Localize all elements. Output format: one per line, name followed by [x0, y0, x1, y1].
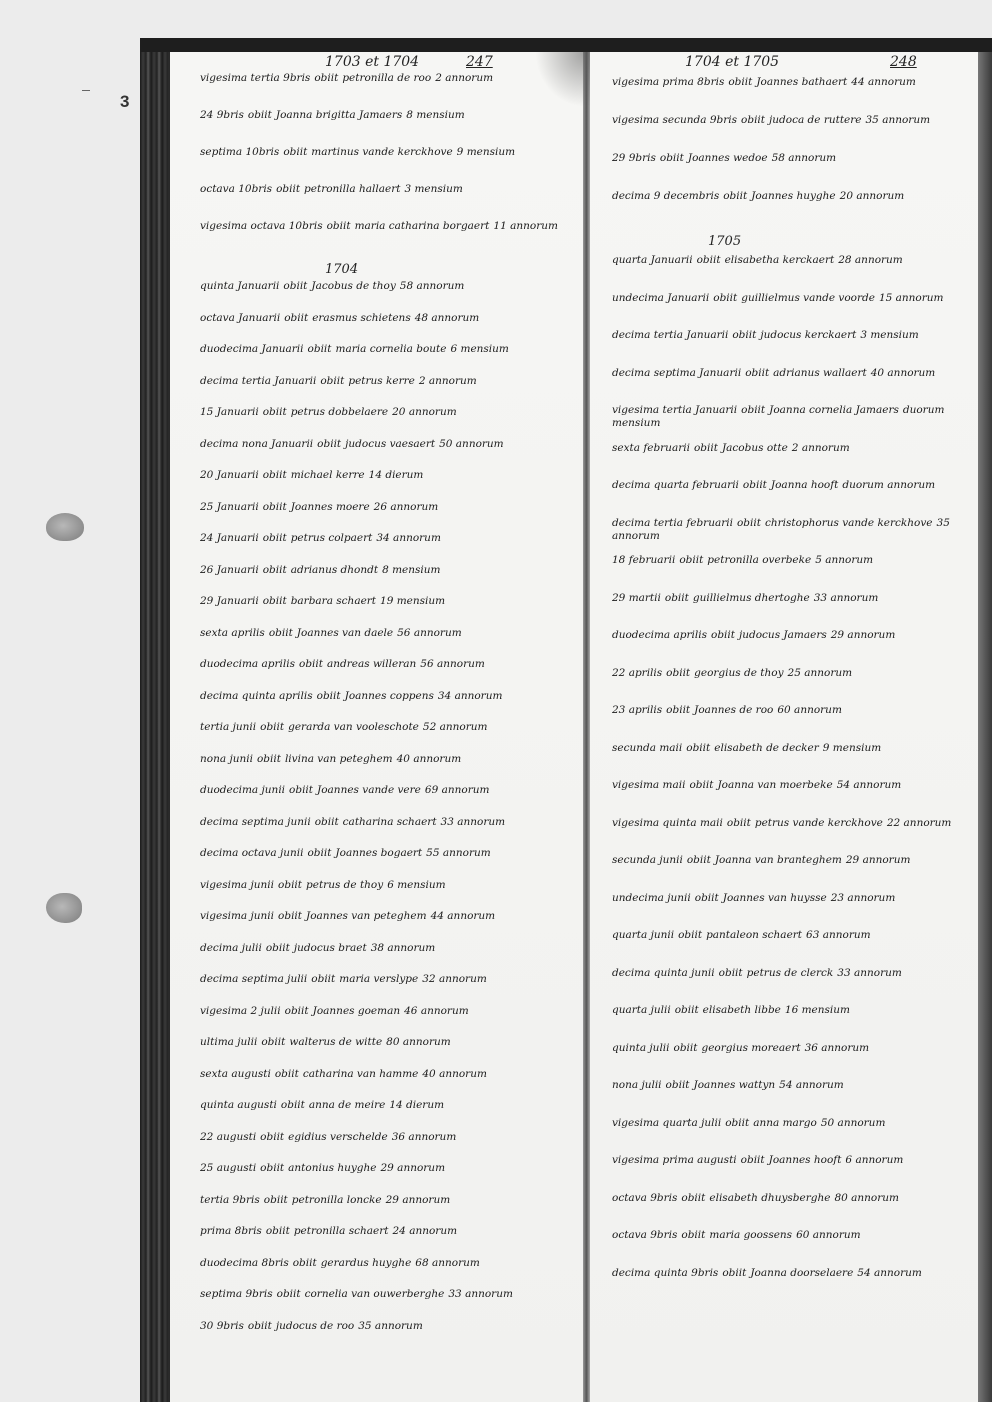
entry-age: 14 dierum: [389, 1099, 444, 1111]
register-entry: duodecima 8brisobiitgerardus huyghe68 an…: [200, 1257, 570, 1289]
entry-name: Joannes wedoe: [688, 152, 768, 164]
entry-date: sexta februarii: [612, 442, 690, 454]
entry-name: Joannes coppens: [345, 690, 434, 702]
entry-verb: obiit: [263, 564, 287, 576]
entry-name: christophorus vande kerckhove: [765, 517, 933, 529]
entry-verb: obiit: [711, 629, 735, 641]
entry-name: Joanna van moerbeke: [717, 779, 832, 791]
entry-verb: obiit: [284, 312, 308, 324]
entry-age: 50 annorum: [821, 1117, 886, 1129]
entry-list: vigesima tertia 9brisobiitpetronilla de …: [200, 72, 570, 257]
entry-name: Joannes van daele: [297, 627, 393, 639]
register-entry: 29 Januariiobiitbarbara schaert19 mensiu…: [200, 595, 570, 627]
entry-name: adrianus dhondt: [291, 564, 378, 576]
entry-name: Joannes van peteghem: [306, 910, 427, 922]
register-entry: 15 Januariiobiitpetrus dobbelaere20 anno…: [200, 406, 570, 438]
entry-name: Joannes moere: [291, 501, 370, 513]
entry-name: maria catharina borgaert: [355, 220, 490, 232]
register-entry: decima juliiobiitjudocus braet38 annorum: [200, 942, 570, 974]
entry-age: 33 annorum: [441, 816, 506, 828]
register-entry: octava 10brisobiitpetronilla hallaert3 m…: [200, 183, 570, 220]
entry-date: 22 augusti: [200, 1131, 256, 1143]
entry-verb: obiit: [681, 1229, 705, 1241]
entry-date: 18 februarii: [612, 554, 675, 566]
entry-name: maria verslype: [339, 973, 418, 985]
entry-verb: obiit: [257, 753, 281, 765]
entry-verb: obiit: [681, 1192, 705, 1204]
register-entry: duodecima Januariiobiitmaria cornelia bo…: [200, 343, 570, 375]
entry-name: petrus kerre: [348, 375, 415, 387]
register-entry: vigesima juniiobiitJoannes van peteghem4…: [200, 910, 570, 942]
entry-age: 9 mensium: [823, 742, 881, 754]
register-entry: 25 augustiobiitantonius huyghe29 annorum: [200, 1162, 570, 1194]
entry-age: 58 annorum: [400, 280, 465, 292]
right-page: 1704 et 1705 248 vigesima prima 8brisobi…: [590, 52, 982, 1402]
entry-date: 29 martii: [612, 592, 661, 604]
entry-list: quarta Januariiobiitelisabetha kerckaert…: [612, 254, 967, 1304]
entry-age: 54 annorum: [857, 1267, 922, 1279]
entry-age: 29 annorum: [846, 854, 911, 866]
entry-name: catharina van hamme: [303, 1068, 419, 1080]
entry-name: elisabeth dhuysberghe: [709, 1192, 830, 1204]
entry-age: 52 annorum: [423, 721, 488, 733]
entry-verb: obiit: [666, 1079, 690, 1091]
entry-age: 8 mensium: [382, 564, 440, 576]
entry-verb: obiit: [266, 942, 290, 954]
entry-age: 2 annorum: [419, 375, 477, 387]
entry-date: decima septima junii: [200, 816, 311, 828]
entry-date: duodecima aprilis: [612, 629, 707, 641]
entry-date: quarta julii: [612, 1004, 671, 1016]
entry-age: 54 annorum: [837, 779, 902, 791]
register-entry: nona juliiobiitJoannes wattyn54 annorum: [612, 1079, 967, 1117]
entry-verb: obiit: [260, 1162, 284, 1174]
register-entry: secunda juniiobiitJoanna van branteghem2…: [612, 854, 967, 892]
entry-date: octava 9bris: [612, 1229, 677, 1241]
entry-name: elisabeth libbe: [703, 1004, 781, 1016]
entry-date: 20 Januarii: [200, 469, 259, 481]
entry-age: 11 annorum: [493, 220, 558, 232]
page-header-years: 1703 et 1704: [325, 54, 419, 70]
entry-date: decima septima julii: [200, 973, 307, 985]
entry-age: 23 annorum: [831, 892, 896, 904]
register-entry: 25 JanuariiobiitJoannes moere26 annorum: [200, 501, 570, 533]
entry-verb: obiit: [666, 704, 690, 716]
entry-age: 40 annorum: [422, 1068, 487, 1080]
entry-verb: obiit: [320, 375, 344, 387]
entry-verb: obiit: [283, 146, 307, 158]
entry-verb: obiit: [741, 404, 765, 416]
entry-verb: obiit: [725, 1117, 749, 1129]
entry-date: duodecima aprilis: [200, 658, 295, 670]
book-top-edge: [140, 38, 992, 52]
entry-age: 38 annorum: [371, 942, 436, 954]
entry-date: tertia 9bris: [200, 1194, 260, 1206]
folio-number: 247: [466, 54, 493, 70]
entry-age: 34 annorum: [438, 690, 503, 702]
entry-name: Joannes van huysse: [723, 892, 827, 904]
entry-age: 80 annorum: [834, 1192, 899, 1204]
entry-name: petrus dobbelaere: [291, 406, 388, 418]
entry-date: decima quinta aprilis: [200, 690, 313, 702]
entry-name: judocus de roo: [276, 1320, 354, 1332]
entry-name: Joanna van branteghem: [715, 854, 842, 866]
entry-age: 69 annorum: [425, 784, 490, 796]
entry-verb: obiit: [311, 973, 335, 985]
entry-age: 6 annorum: [845, 1154, 903, 1166]
entry-verb: obiit: [263, 532, 287, 544]
entry-date: octava 9bris: [612, 1192, 677, 1204]
entry-age: 33 annorum: [448, 1288, 513, 1300]
entry-date: 29 9bris: [612, 152, 656, 164]
register-entry: octava 9brisobiitmaria goossens60 annoru…: [612, 1229, 967, 1267]
entry-verb: obiit: [289, 784, 313, 796]
register-entry: 26 Januariiobiitadrianus dhondt8 mensium: [200, 564, 570, 596]
entry-verb: obiit: [695, 892, 719, 904]
entry-name: antonius huyghe: [288, 1162, 376, 1174]
register-entry: septima 10brisobiitmartinus vande kerckh…: [200, 146, 570, 183]
entry-name: Joannes huyghe: [751, 190, 835, 202]
entry-date: quinta Januarii: [200, 280, 279, 292]
year-heading: 1705: [708, 234, 741, 249]
register-entry: tertia juniiobiitgerarda van vooleschote…: [200, 721, 570, 753]
entry-date: sexta aprilis: [200, 627, 265, 639]
entry-date: vigesima secunda 9bris: [612, 114, 737, 126]
entry-verb: obiit: [276, 183, 300, 195]
entry-age: 36 annorum: [392, 1131, 457, 1143]
entry-name: judocus vaesaert: [345, 438, 435, 450]
entry-verb: obiit: [327, 220, 351, 232]
entry-verb: obiit: [743, 479, 767, 491]
entry-name: petronilla overbeke: [707, 554, 811, 566]
entry-verb: obiit: [248, 1320, 272, 1332]
entry-verb: obiit: [307, 847, 331, 859]
register-entry: tertia 9brisobiitpetronilla loncke29 ann…: [200, 1194, 570, 1226]
register-entry: prima 8brisobiitpetronilla schaert24 ann…: [200, 1225, 570, 1257]
entry-name: pantaleon schaert: [706, 929, 802, 941]
entry-name: guillielmus vande voorde: [741, 292, 875, 304]
register-entry: vigesima quarta juliiobiitanna margo50 a…: [612, 1117, 967, 1155]
register-entry: decima tertia februariiobiitchristophoru…: [612, 517, 967, 555]
register-entry: decima septima juliiobiitmaria verslype3…: [200, 973, 570, 1005]
entry-verb: obiit: [278, 910, 302, 922]
entry-verb: obiit: [732, 329, 756, 341]
entry-age: 6 mensium: [387, 879, 445, 891]
entry-name: petronilla schaert: [294, 1225, 389, 1237]
entry-verb: obiit: [275, 1068, 299, 1080]
entry-age: 20 annorum: [840, 190, 905, 202]
entry-age: 46 annorum: [404, 1005, 469, 1017]
entry-name: Joanna doorselaere: [750, 1267, 853, 1279]
entry-verb: obiit: [248, 109, 272, 121]
entry-verb: obiit: [687, 854, 711, 866]
entry-age: 32 annorum: [422, 973, 487, 985]
entry-date: 15 Januarii: [200, 406, 259, 418]
entry-age: 40 annorum: [871, 367, 936, 379]
left-page: 1703 et 1704 247 vigesima tertia 9brisob…: [170, 52, 583, 1402]
entry-list: vigesima prima 8brisobiitJoannes bathaer…: [612, 76, 967, 228]
entry-date: 25 Januarii: [200, 501, 259, 513]
entry-date: undecima Januarii: [612, 292, 709, 304]
entry-name: petrus de thoy: [306, 879, 383, 891]
register-entry: quarta Januariiobiitelisabetha kerckaert…: [612, 254, 967, 292]
entry-verb: obiit: [674, 1042, 698, 1054]
register-entry: quarta juliiobiitelisabeth libbe16 mensi…: [612, 1004, 967, 1042]
entry-verb: obiit: [722, 1267, 746, 1279]
entry-age: 58 annorum: [772, 152, 837, 164]
entry-verb: obiit: [727, 817, 751, 829]
register-entry: 24 9brisobiitJoanna brigitta Jamaers8 me…: [200, 109, 570, 146]
entry-name: Joannes de roo: [694, 704, 773, 716]
register-entry: vigesima octava 10brisobiitmaria cathari…: [200, 220, 570, 257]
entry-name: Joannes bathaert: [756, 76, 847, 88]
entry-verb: obiit: [263, 469, 287, 481]
entry-name: Joanna brigitta Jamaers: [276, 109, 402, 121]
entry-name: Jacobus de thoy: [311, 280, 395, 292]
entry-verb: obiit: [278, 879, 302, 891]
entry-age: 16 mensium: [785, 1004, 850, 1016]
entry-date: octava Januarii: [200, 312, 280, 324]
entry-name: livina van peteghem: [285, 753, 393, 765]
entry-date: vigesima 2 julii: [200, 1005, 281, 1017]
entry-verb: obiit: [260, 1131, 284, 1143]
entry-age: 34 annorum: [376, 532, 441, 544]
entry-verb: obiit: [679, 554, 703, 566]
entry-verb: obiit: [314, 72, 338, 84]
entry-date: prima 8bris: [200, 1225, 262, 1237]
entry-name: Joanna cornelia Jamaers: [769, 404, 899, 416]
entry-age: 26 annorum: [374, 501, 439, 513]
entry-verb: obiit: [689, 779, 713, 791]
register-entry: octava Januariiobiiterasmus schietens48 …: [200, 312, 570, 344]
entry-date: quarta Januarii: [612, 254, 693, 266]
register-entry: 22 augustiobiitegidius verschelde36 anno…: [200, 1131, 570, 1163]
entry-date: decima quinta junii: [612, 967, 715, 979]
entry-age: 29 annorum: [386, 1194, 451, 1206]
punch-hole-icon: [46, 513, 84, 541]
entry-date: vigesima tertia 9bris: [200, 72, 310, 84]
register-entry: decima quinta 9brisobiitJoanna doorselae…: [612, 1267, 967, 1305]
entry-name: judocus kerckaert: [760, 329, 856, 341]
entry-age: 33 annorum: [837, 967, 902, 979]
entry-name: Joannes vande vere: [317, 784, 421, 796]
entry-age: 44 annorum: [851, 76, 916, 88]
entry-date: vigesima maii: [612, 779, 685, 791]
entry-date: vigesima prima augusti: [612, 1154, 737, 1166]
entry-date: nona junii: [200, 753, 253, 765]
entry-date: secunda junii: [612, 854, 683, 866]
register-entry: decima tertia Januariiobiitjudocus kerck…: [612, 329, 967, 367]
entry-verb: obiit: [660, 152, 684, 164]
entry-name: maria goossens: [709, 1229, 792, 1241]
entry-name: Joanna hooft: [771, 479, 838, 491]
register-entry: secunda maiiobiitelisabeth de decker9 me…: [612, 742, 967, 780]
register-entry: 29 martiiobiitguillielmus dhertoghe33 an…: [612, 592, 967, 630]
entry-date: vigesima junii: [200, 910, 274, 922]
entry-age: 54 annorum: [779, 1079, 844, 1091]
register-entry: decima quarta februariiobiitJoanna hooft…: [612, 479, 967, 517]
entry-verb: obiit: [293, 1257, 317, 1269]
entry-verb: obiit: [728, 76, 752, 88]
entry-name: elisabetha kerckaert: [725, 254, 835, 266]
entry-age: 28 annorum: [838, 254, 903, 266]
entry-verb: obiit: [745, 367, 769, 379]
entry-age: 20 annorum: [392, 406, 457, 418]
register-entry: octava 9brisobiitelisabeth dhuysberghe80…: [612, 1192, 967, 1230]
folio-number: 248: [890, 54, 917, 70]
entry-date: vigesima junii: [200, 879, 274, 891]
register-entry: undecima Januariiobiitguillielmus vande …: [612, 292, 967, 330]
entry-verb: obiit: [741, 1154, 765, 1166]
entry-date: 22 aprilis: [612, 667, 662, 679]
entry-date: secunda maii: [612, 742, 682, 754]
entry-name: erasmus schietens: [312, 312, 411, 324]
entry-name: georgius moreaert: [702, 1042, 801, 1054]
entry-date: vigesima tertia Januarii: [612, 404, 737, 416]
entry-age: 35 annorum: [866, 114, 931, 126]
entry-name: adrianus wallaert: [773, 367, 867, 379]
entry-date: decima septima Januarii: [612, 367, 741, 379]
entry-date: nona julii: [612, 1079, 662, 1091]
entry-date: tertia junii: [200, 721, 256, 733]
entry-age: 80 annorum: [386, 1036, 451, 1048]
register-entry: vigesima quinta maiiobiitpetrus vande ke…: [612, 817, 967, 855]
page-gutter: [583, 52, 590, 1402]
register-entry: decima nona Januariiobiitjudocus vaesaer…: [200, 438, 570, 470]
year-heading: 1704: [325, 262, 358, 277]
entry-date: decima tertia februarii: [612, 517, 733, 529]
entry-date: decima octava junii: [200, 847, 303, 859]
register-entry: vigesima maiiobiitJoanna van moerbeke54 …: [612, 779, 967, 817]
entry-date: decima julii: [200, 942, 262, 954]
entry-verb: obiit: [737, 517, 761, 529]
entry-name: anna margo: [753, 1117, 817, 1129]
entry-verb: obiit: [719, 967, 743, 979]
entry-verb: obiit: [686, 742, 710, 754]
entry-date: septima 9bris: [200, 1288, 273, 1300]
register-entry: vigesima juniiobiitpetrus de thoy6 mensi…: [200, 879, 570, 911]
entry-age: 68 annorum: [415, 1257, 480, 1269]
entry-date: decima quarta februarii: [612, 479, 739, 491]
entry-age: 36 annorum: [805, 1042, 870, 1054]
entry-name: Joannes hooft: [769, 1154, 842, 1166]
register-entry: quinta juliiobiitgeorgius moreaert36 ann…: [612, 1042, 967, 1080]
entry-date: septima 10bris: [200, 146, 279, 158]
entry-age: 2 annorum: [435, 72, 493, 84]
entry-verb: obiit: [269, 627, 293, 639]
entry-age: 63 annorum: [806, 929, 871, 941]
register-entry: decima tertia Januariiobiitpetrus kerre2…: [200, 375, 570, 407]
entry-verb: obiit: [723, 190, 747, 202]
register-entry: undecima juniiobiitJoannes van huysse23 …: [612, 892, 967, 930]
register-entry: nona juniiobiitlivina van peteghem40 ann…: [200, 753, 570, 785]
entry-age: 44 annorum: [431, 910, 496, 922]
entry-date: duodecima junii: [200, 784, 285, 796]
entry-name: Joannes goeman: [313, 1005, 401, 1017]
book-fore-edge: [978, 52, 992, 1402]
entry-verb: obiit: [317, 438, 341, 450]
register-entry: decima octava juniiobiitJoannes bogaert5…: [200, 847, 570, 879]
entry-verb: obiit: [741, 114, 765, 126]
entry-name: elisabeth de decker: [714, 742, 819, 754]
register-entry: sexta augustiobiitcatharina van hamme40 …: [200, 1068, 570, 1100]
entry-date: 24 Januarii: [200, 532, 259, 544]
entry-name: guillielmus dhertoghe: [693, 592, 810, 604]
entry-name: judocus braet: [294, 942, 367, 954]
entry-age: 6 mensium: [450, 343, 508, 355]
entry-name: petrus de clerck: [747, 967, 834, 979]
register-entry: 22 aprilisobiitgeorgius de thoy25 annoru…: [612, 667, 967, 705]
entry-verb: obiit: [263, 595, 287, 607]
entry-age: 9 mensium: [457, 146, 515, 158]
entry-date: 25 augusti: [200, 1162, 256, 1174]
entry-verb: obiit: [666, 667, 690, 679]
entry-verb: obiit: [261, 1036, 285, 1048]
entry-name: petrus vande kerckhove: [755, 817, 883, 829]
entry-date: 24 9bris: [200, 109, 244, 121]
entry-date: duodecima Januarii: [200, 343, 304, 355]
entry-date: quinta augusti: [200, 1099, 277, 1111]
register-entry: 29 9brisobiitJoannes wedoe58 annorum: [612, 152, 967, 190]
entry-name: catharina schaert: [343, 816, 437, 828]
entry-age: 40 annorum: [397, 753, 462, 765]
entry-date: quinta julii: [612, 1042, 670, 1054]
entry-date: 26 Januarii: [200, 564, 259, 576]
page-header-years: 1704 et 1705: [685, 54, 779, 70]
entry-name: petronilla loncke: [292, 1194, 382, 1206]
entry-age: 60 annorum: [777, 704, 842, 716]
entry-date: decima 9 decembris: [612, 190, 719, 202]
entry-verb: obiit: [299, 658, 323, 670]
entry-date: duodecima 8bris: [200, 1257, 289, 1269]
register-entry: decima quinta juniiobiitpetrus de clerck…: [612, 967, 967, 1005]
entry-verb: obiit: [694, 442, 718, 454]
register-entry: duodecima aprilisobiitjudocus Jamaers29 …: [612, 629, 967, 667]
margin-tick-mark: [82, 90, 90, 91]
sheet-number: 3: [120, 92, 129, 112]
entry-age: 25 annorum: [788, 667, 853, 679]
entry-age: 33 annorum: [814, 592, 879, 604]
punch-hole-icon: [46, 893, 82, 923]
entry-date: decima quinta 9bris: [612, 1267, 718, 1279]
entry-verb: obiit: [678, 929, 702, 941]
entry-age: 8 mensium: [406, 109, 464, 121]
entry-date: decima tertia Januarii: [200, 375, 316, 387]
entry-age: 60 annorum: [796, 1229, 861, 1241]
register-entry: decima septima juniiobiitcatharina schae…: [200, 816, 570, 848]
entry-age: 3 mensium: [404, 183, 462, 195]
entry-name: Joannes wattyn: [694, 1079, 776, 1091]
entry-date: 29 Januarii: [200, 595, 259, 607]
register-entry: quinta augustiobiitanna de meire14 dieru…: [200, 1099, 570, 1131]
entry-list: quinta JanuariiobiitJacobus de thoy58 an…: [200, 280, 570, 1351]
entry-name: gerarda van vooleschote: [288, 721, 419, 733]
entry-date: vigesima quinta maii: [612, 817, 723, 829]
register-entry: sexta aprilisobiitJoannes van daele56 an…: [200, 627, 570, 659]
entry-name: petronilla hallaert: [304, 183, 400, 195]
register-entry: septima 9brisobiitcornelia van ouwerberg…: [200, 1288, 570, 1320]
book-spine-edge: [140, 38, 168, 1402]
entry-age: 56 annorum: [397, 627, 462, 639]
register-entry: decima septima Januariiobiitadrianus wal…: [612, 367, 967, 405]
register-entry: vigesima prima 8brisobiitJoannes bathaer…: [612, 76, 967, 114]
entry-name: petrus colpaert: [291, 532, 373, 544]
register-entry: 20 Januariiobiitmichael kerre14 dierum: [200, 469, 570, 501]
register-entry: 30 9brisobiitjudocus de roo35 annorum: [200, 1320, 570, 1352]
entry-verb: obiit: [675, 1004, 699, 1016]
entry-date: sexta augusti: [200, 1068, 271, 1080]
entry-date: decima tertia Januarii: [612, 329, 728, 341]
